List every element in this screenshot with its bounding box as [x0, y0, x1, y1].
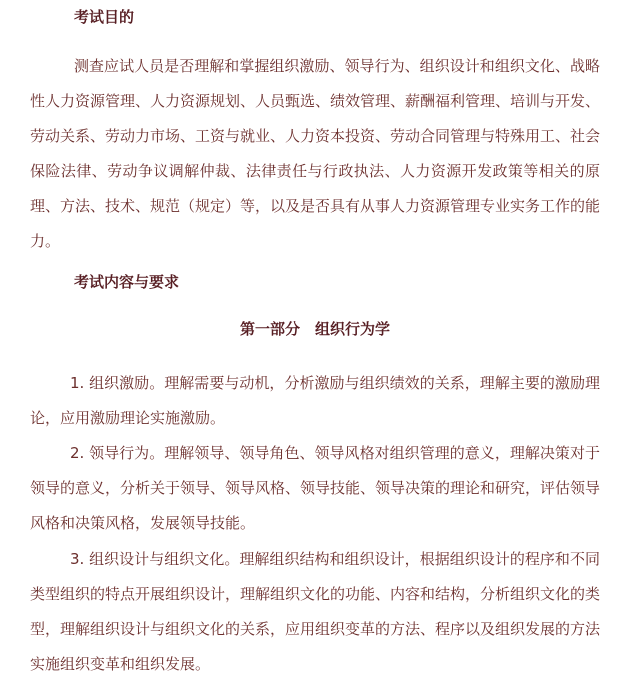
heading-exam-purpose: 考试目的 [74, 0, 600, 35]
document-page: 考试目的 测查应试人员是否理解和掌握组织激励、领导行为、组织设计和组织文化、战略… [0, 0, 625, 690]
list-item-3-organizational-design-culture: 3. 组织设计与组织文化。理解组织结构和组织设计，根据组织设计的程序和不同类型组… [30, 542, 600, 682]
paragraph-exam-purpose: 测查应试人员是否理解和掌握组织激励、领导行为、组织设计和组织文化、战略性人力资源… [30, 49, 600, 259]
list-item-1-organizational-motivation: 1. 组织激励。理解需要与动机，分析激励与组织绩效的关系，理解主要的激励理论，应… [30, 366, 600, 436]
heading-exam-content-requirements: 考试内容与要求 [74, 265, 600, 300]
list-item-2-leadership-behavior: 2. 领导行为。理解领导、领导角色、领导风格对组织管理的意义，理解决策对于领导的… [30, 436, 600, 541]
heading-part-one-organizational-behavior: 第一部分 组织行为学 [30, 312, 600, 347]
